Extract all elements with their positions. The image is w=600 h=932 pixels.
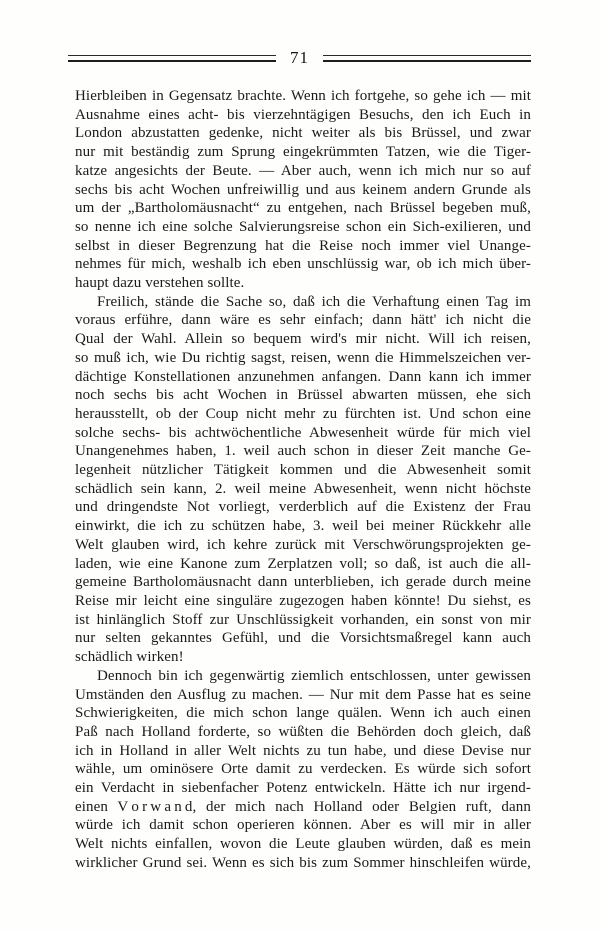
text-line: nur selten gekanntes Gefühl, und die Vor… xyxy=(75,629,531,648)
text-line: selbst in dieser Begrenzung hat die Reis… xyxy=(75,237,531,256)
text-line: um der „Bartholomäusnacht“ zu entgehen, … xyxy=(75,199,531,218)
text-line: laden, wie eine Kanone zum Zerplatzen vo… xyxy=(75,555,531,574)
page-number: 71 xyxy=(276,49,323,66)
text-line: nehmes für mich, weshalb ich eben unschl… xyxy=(75,255,531,274)
text-line: dächtige Konstellationen anzunehmen anfa… xyxy=(75,368,531,387)
page-text: Hierbleiben in Gegensatz brachte. Wenn i… xyxy=(75,87,531,873)
paragraph: Dennoch bin ich gegenwärtig ziemlich ent… xyxy=(75,667,531,873)
text-line: haupt dazu verstehen sollte. xyxy=(75,274,531,293)
text-line: katze angesichts der Beute. — Aber auch,… xyxy=(75,162,531,181)
page-header: 71 xyxy=(68,50,531,67)
text-line: ein Verdacht in siebenfacher Potenz entw… xyxy=(75,779,531,798)
text-line: schädlich sein kann, 2. weil meine Abwes… xyxy=(75,480,531,499)
paragraph: Freilich, stände die Sache so, daß ich d… xyxy=(75,293,531,667)
text-line: solche sechs- bis achtwöchentliche Abwes… xyxy=(75,424,531,443)
text-line: Qual der Wahl. Allein so bequem wird's m… xyxy=(75,330,531,349)
paragraph: Hierbleiben in Gegensatz brachte. Wenn i… xyxy=(75,87,531,293)
header-rule-right xyxy=(323,55,531,62)
text-line: Welt nichts einfallen, wovon die Leute g… xyxy=(75,835,531,854)
text-line: einen V o r w a n d, der mich nach Holla… xyxy=(75,798,531,817)
text-line: wirklicher Grund sei. Wenn es sich bis z… xyxy=(75,854,531,873)
text-line: und dringendste Not vorliegt, verderblic… xyxy=(75,498,531,517)
text-line: so nenne ich eine solche Salvierungsreis… xyxy=(75,218,531,237)
book-page: 71 Hierbleiben in Gegensatz brachte. Wen… xyxy=(0,0,600,932)
text-line: London abzustatten gedenke, nicht weiter… xyxy=(75,124,531,143)
text-line: Schwierigkeiten, die mich schon lange qu… xyxy=(75,704,531,723)
text-line: einwirkt, die ich zu schützen habe, 3. w… xyxy=(75,517,531,536)
text-line: Dennoch bin ich gegenwärtig ziemlich ent… xyxy=(75,667,531,686)
text-line: voraus erführe, dann wäre es sehr einfac… xyxy=(75,311,531,330)
text-line: ich in Holland in aller Welt nichts zu t… xyxy=(75,742,531,761)
text-line: herausstellt, ob der Coup nicht mehr zu … xyxy=(75,405,531,424)
text-line: schädlich wirken! xyxy=(75,648,531,667)
text-line: legenheit nützlicher Tätigkeit kommen un… xyxy=(75,461,531,480)
text-line: Freilich, stände die Sache so, daß ich d… xyxy=(75,293,531,312)
text-line: nur mit beständig zum Sprung eingekrümmt… xyxy=(75,143,531,162)
text-line: wähle, um ominösere Orte damit zu verdec… xyxy=(75,760,531,779)
text-line: Paß nach Holland forderte, so wüßten die… xyxy=(75,723,531,742)
text-line: ist hinlänglich Stoff zur Unschlüssigkei… xyxy=(75,611,531,630)
text-line: sechs bis acht Wochen unfreiwillig und a… xyxy=(75,181,531,200)
text-line: Ausnahme eines acht- bis vierzehntägigen… xyxy=(75,106,531,125)
text-line: Unangenehmes haben, 1. weil auch schon i… xyxy=(75,442,531,461)
header-rule-left xyxy=(68,55,276,62)
text-line: Umständen den Ausflug zu machen. — Nur m… xyxy=(75,686,531,705)
text-line: würde ich damit schon operieren können. … xyxy=(75,816,531,835)
text-line: Reise mir leicht eine singuläre zugezoge… xyxy=(75,592,531,611)
text-line: gemeine Bartholomäusnacht dann unterblie… xyxy=(75,573,531,592)
text-line: so muß ich, wie Du richtig sagst, reisen… xyxy=(75,349,531,368)
text-line: noch sechs bis acht Wochen in Brüssel ab… xyxy=(75,386,531,405)
text-line: Hierbleiben in Gegensatz brachte. Wenn i… xyxy=(75,87,531,106)
text-line: Welt glauben wird, ich kehre zurück mit … xyxy=(75,536,531,555)
